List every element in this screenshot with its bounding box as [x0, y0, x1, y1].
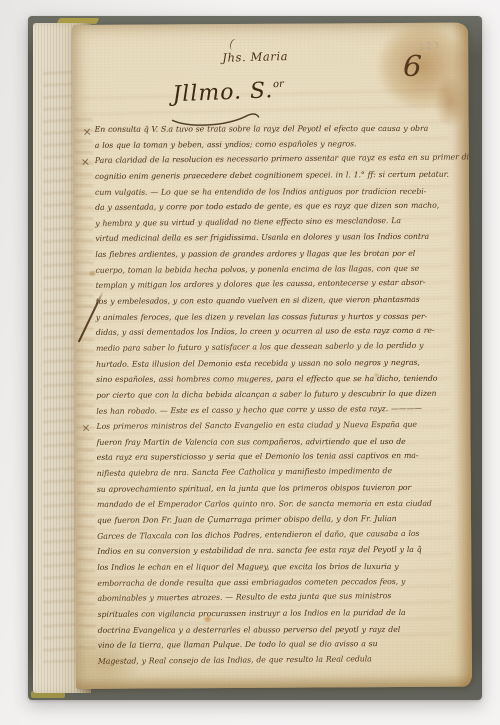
manuscript-line: Los primeros ministros del Sancto Evange…	[96, 420, 470, 438]
manuscript-line: mandado de el Emperador Carlos quinto nr…	[97, 499, 471, 516]
stain-bottom-edge	[76, 675, 472, 689]
salutation-superscript: or	[273, 79, 284, 90]
salutation-main: Jllmo. S.	[172, 78, 274, 107]
manuscript-line: su aprovechamiento spiritual, en la junt…	[97, 482, 471, 500]
ink-bleedthrough-left-margin	[75, 117, 96, 657]
manuscript-line: las fiebres ardientes, y passion de gran…	[95, 249, 469, 266]
paragraph-mark	[84, 128, 92, 136]
manuscript-line: tos y embelesados, y con esto quando vue…	[96, 295, 470, 313]
manuscript-line: les han robado. — Este es el casso y hec…	[96, 403, 470, 422]
paragraph-mark	[82, 424, 90, 432]
manuscript-line: En consulta q̃ V. S.a tuvo se trata sobr…	[95, 124, 469, 141]
manuscript-line: y animales feroces, que les dizen y reve…	[96, 311, 470, 328]
manuscript-line: cognitio enim generis praecedere debet c…	[95, 170, 469, 188]
paragraph-mark	[82, 158, 90, 166]
manuscript-line: Garces de Tlaxcala con los dichos Padres…	[97, 528, 471, 547]
manuscript-line: spirituales con vigilancia procurassen i…	[98, 607, 472, 625]
manuscript-line: Magestad, y Real consejo de las Indias, …	[98, 653, 472, 672]
salutation: Jllmo. S.or	[172, 78, 285, 108]
page-number: 6	[402, 49, 422, 84]
manuscript-line: y hembra y que su virtud y qualidad no t…	[95, 215, 469, 234]
manuscript-line: Indios en su conversion y estabilidad de…	[97, 545, 471, 563]
manuscript-line: cum vulgatis. — Lo que se ha entendido d…	[95, 186, 469, 203]
manuscript-line: doctrina Evangelica y a desterrarles el …	[98, 624, 472, 641]
book-cover: Jhs. Maria 123 6 Jllmo. S.or En consulta…	[28, 16, 482, 700]
manuscript-text-block: En consulta q̃ V. S.a tuvo se trata sobr…	[95, 123, 472, 673]
manuscript-page: Jhs. Maria 123 6 Jllmo. S.or En consulta…	[72, 23, 472, 689]
manuscript-line: fueron fray Martin de Valencia con sus c…	[97, 437, 471, 454]
manuscript-line: los Indios le echan en el liquor del Mag…	[97, 562, 471, 579]
invocation-header: Jhs. Maria	[190, 48, 320, 66]
manuscript-line: sino españoles, assi hombres como mugere…	[96, 374, 470, 391]
manuscript-line: hurtado. Esta illusion del Demonio esta …	[96, 357, 470, 375]
manuscript-line: virtud medicinal della es ser frigidissi…	[95, 232, 469, 250]
scan-background: Jhs. Maria 123 6 Jllmo. S.or En consulta…	[0, 0, 500, 725]
